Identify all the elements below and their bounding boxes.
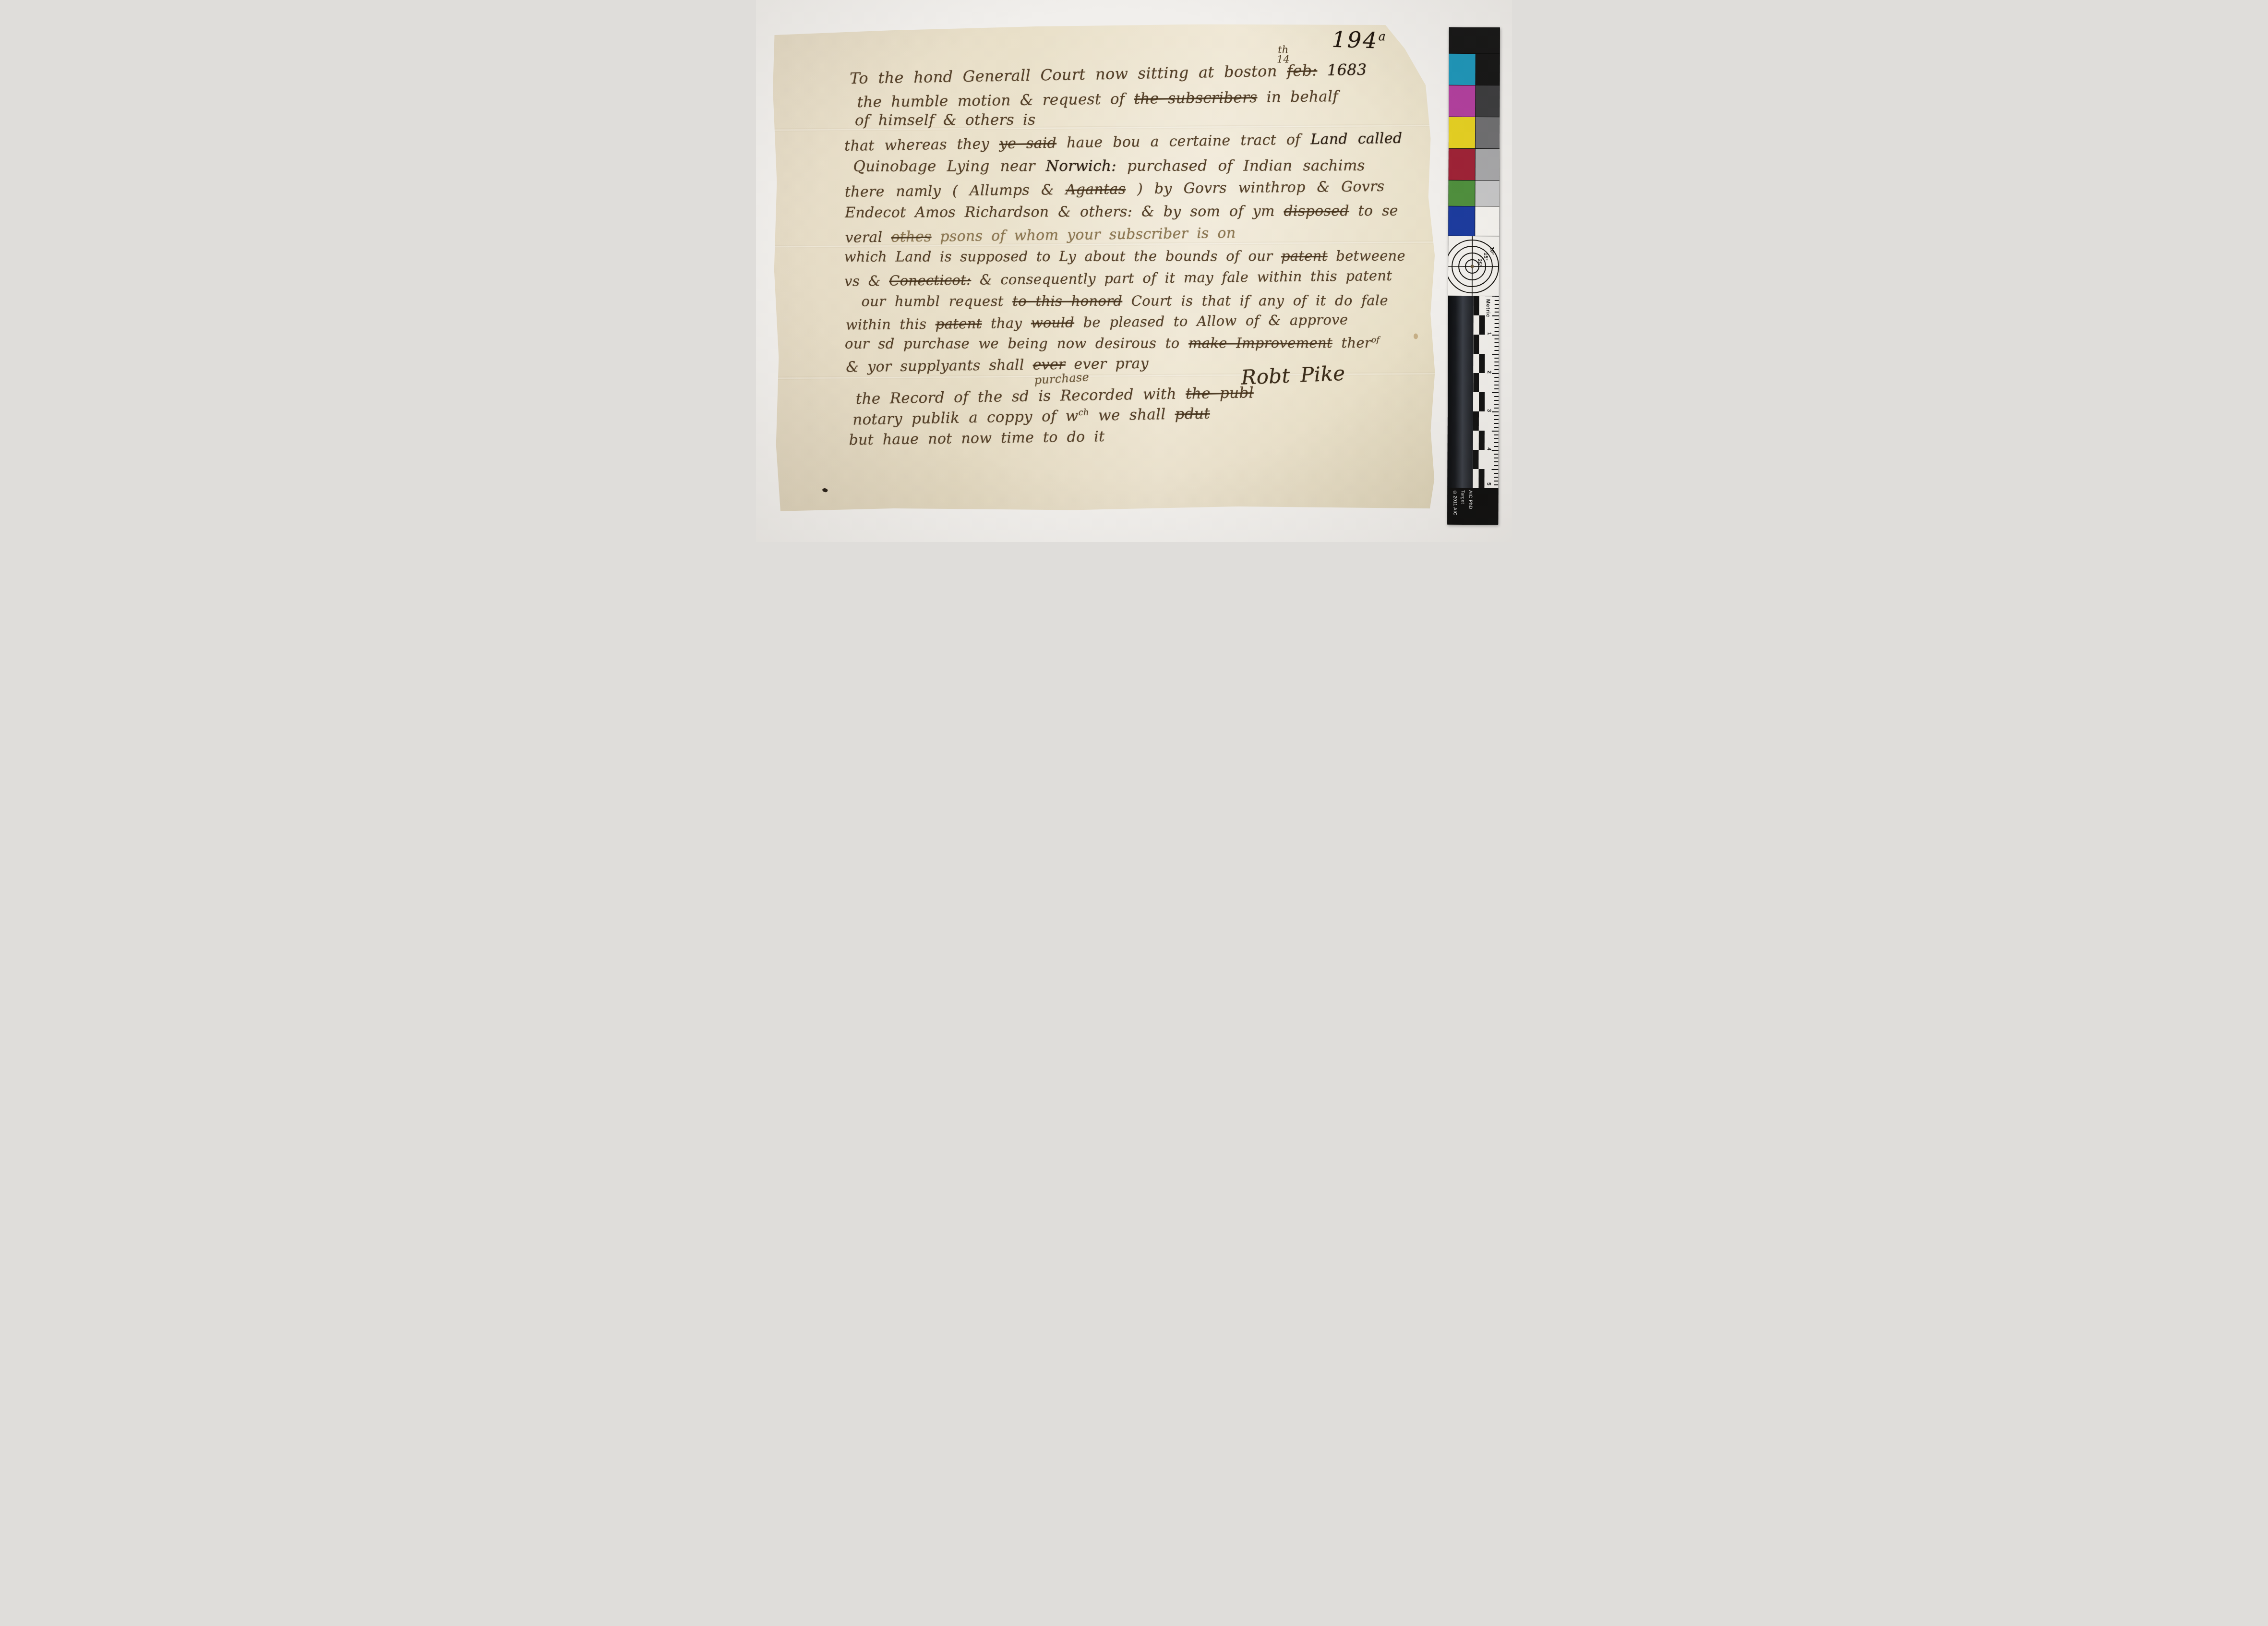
superscript-text: ch [1079, 408, 1090, 418]
folio-suffix: a [1378, 29, 1387, 43]
paper-stain [1414, 333, 1418, 339]
manuscript-line: which Land is supposed to Ly about the b… [844, 248, 1405, 265]
manuscript-line: within this patent thay would be pleased… [845, 312, 1348, 333]
target-footer: AIC PhD Target ©2011 AIC [1447, 488, 1498, 524]
signature-text: Robt Pike [1241, 361, 1346, 389]
bullseye-label-15: 15° [1483, 253, 1488, 261]
swatch-gray-80 [1476, 85, 1500, 117]
target-product-name: AIC PhD Target [1458, 490, 1474, 522]
manuscript-line: of himself & others is [855, 111, 1036, 129]
swatch-row [1448, 206, 1499, 236]
text-segment: we shall [1089, 406, 1175, 424]
text-segment: our humbl request [861, 293, 1012, 310]
manuscript-line: but haue not now time to do it [849, 428, 1104, 448]
manuscript-line: vs & Conecticot: & consequently part of … [844, 267, 1392, 289]
struck-text: the subscribers [1134, 89, 1258, 108]
swatch-row [1449, 181, 1500, 206]
text-segment: purchase [1034, 370, 1090, 387]
manuscript-line: our humbl request to this honord Court i… [861, 292, 1388, 309]
manuscript-line: the humble motion & request of the subsc… [857, 88, 1339, 111]
target-copyright: ©2011 AIC [1451, 490, 1458, 522]
manuscript-line: notary publik a coppy of wch we shall pd… [852, 405, 1210, 429]
struck-text: would [1031, 314, 1074, 331]
ruler-number-4: 4 [1486, 446, 1492, 452]
ruler-number-5: 5 [1486, 481, 1491, 487]
metric-ruler: Metric 1 2 3 4 5 [1447, 296, 1499, 488]
swatch-gray-40 [1475, 149, 1500, 180]
text-segment: that whereas they [844, 135, 999, 155]
text-segment: of himself & others is [855, 111, 1036, 129]
text-segment: in behalf [1257, 88, 1338, 106]
text-segment: ther [1332, 335, 1371, 351]
text-segment: which Land is supposed to Ly about the b… [844, 248, 1281, 265]
struck-text: to this honord [1012, 292, 1122, 309]
text-segment: our sd purchase we being now desirous to [845, 335, 1188, 352]
text-segment: vs & [844, 273, 889, 289]
swatch-black [1449, 27, 1500, 53]
text-segment: Court is that if any of it do fale [1122, 292, 1388, 309]
ruler-gloss-patch [1447, 296, 1473, 488]
interline-insertion: purchase [1034, 370, 1090, 387]
signature: Robt Pike [1241, 361, 1346, 389]
ruler-unit-label: Metric [1485, 299, 1491, 317]
document-photo: 194a th 14 To the hond Generall Court no… [756, 0, 1512, 542]
swatch-black [1476, 54, 1500, 85]
swatch-gray-60 [1476, 117, 1500, 148]
text-segment: ever pray [1065, 355, 1149, 373]
manuscript-line: the Record of the sd is Recorded with th… [856, 385, 1254, 408]
struck-text: the publ [1186, 385, 1254, 403]
text-segment: Land called [1310, 130, 1402, 148]
text-segment: notary publik a coppy of w [852, 407, 1079, 428]
struck-text: disposed [1284, 203, 1349, 219]
bullseye-rings: 10° 15° 25° [1448, 236, 1499, 296]
swatch-row [1449, 149, 1500, 181]
struck-text: pdut [1175, 405, 1211, 423]
text-segment: but haue not now time to do it [849, 428, 1104, 448]
text-segment: veral [845, 229, 891, 246]
text-segment: Norwich: [1045, 157, 1116, 175]
text-segment: within this [845, 316, 935, 333]
manuscript-page: 194a th 14 To the hond Generall Court no… [771, 22, 1438, 513]
manuscript-line: Endecot Amos Richardson & others: & by s… [845, 203, 1398, 221]
bullseye-label-10: 10° [1489, 247, 1495, 255]
struck-text: make Improvement [1188, 335, 1332, 351]
manuscript-line: our sd purchase we being now desirous to… [845, 335, 1380, 352]
swatch-green [1449, 181, 1476, 206]
manuscript-line: To the hond Generall Court now sitting a… [850, 60, 1367, 88]
ink-spot [822, 487, 828, 493]
struck-text: ye said [999, 135, 1056, 153]
text-segment: Endecot Amos Richardson & others: & by s… [845, 203, 1284, 221]
ruler-number-2: 2 [1486, 369, 1492, 375]
bullseye-label-25: 25° [1476, 259, 1482, 267]
swatch-row [1449, 85, 1500, 117]
swatch-dark-red [1449, 149, 1476, 180]
manuscript-line: veral othes psons of whom your subscribe… [845, 225, 1236, 246]
swatch-row [1449, 54, 1500, 85]
bullseye-target: 10° 15° 25° [1448, 236, 1499, 296]
superscript-text: of [1371, 335, 1380, 344]
text-segment: the Record of the sd is Recorded with [856, 385, 1186, 408]
swatch-yellow [1449, 117, 1476, 148]
manuscript-line: there namly ( Allumps & Agantas ) by Gov… [844, 178, 1384, 200]
text-segment: there namly ( Allumps & [844, 181, 1065, 200]
struck-text: othes [891, 229, 932, 246]
swatch-cyan [1449, 54, 1476, 85]
text-segment: to se [1349, 203, 1398, 219]
folio-digits: 194 [1332, 26, 1379, 54]
swatch-magenta [1449, 85, 1476, 117]
text-segment: the humble motion & request of [857, 90, 1135, 111]
text-segment: thay [982, 315, 1031, 332]
struck-text: feb: [1287, 61, 1318, 80]
text-segment: betweene [1328, 248, 1405, 264]
ruler-scale: Metric 1 2 3 4 5 [1473, 296, 1499, 488]
folio-number: 194a [1332, 26, 1387, 54]
struck-text: Conecticot: [889, 272, 971, 289]
text-segment: purchased of Indian sachims [1116, 157, 1365, 175]
ruler-mm-ticks [1494, 296, 1499, 488]
text-segment: & yor supplyants shall [846, 356, 1033, 375]
calibration-target: 10° 15° 25° Metric 1 2 3 4 5 [1447, 27, 1500, 525]
manuscript-line: & yor supplyants shall ever ever pray [846, 355, 1149, 375]
swatch-white [1475, 206, 1500, 236]
swatch-blue [1448, 206, 1475, 236]
text-segment: & consequently part of it may fale withi… [971, 267, 1392, 288]
manuscript-line: Quinobage Lying near Norwich: purchased … [853, 157, 1365, 175]
ruler-number-1: 1 [1487, 330, 1492, 337]
ruler-checker-column [1478, 296, 1485, 488]
manuscript-line: that whereas they ye said haue bou a cer… [844, 130, 1403, 155]
swatch-row [1449, 27, 1500, 54]
swatch-gray-20 [1475, 181, 1500, 206]
text-segment: haue bou a certaine tract of [1056, 131, 1311, 151]
text-segment: ) by Govrs winthrop & Govrs [1126, 178, 1385, 197]
text-segment: 1683 [1317, 60, 1367, 80]
swatch-row [1449, 117, 1500, 149]
struck-text: Agantas [1065, 181, 1126, 198]
struck-text: patent [935, 315, 982, 332]
text-segment: Quinobage Lying near [853, 157, 1045, 175]
text-segment: psons of whom your subscriber is on [931, 225, 1236, 245]
struck-text: patent [1281, 248, 1328, 264]
text-segment: be pleased to Allow of & approve [1074, 312, 1348, 331]
text-segment: To the hond Generall Court now sitting a… [850, 62, 1287, 88]
ruler-number-3: 3 [1486, 407, 1492, 414]
struck-text: ever [1032, 356, 1065, 373]
target-footer-text: AIC PhD Target ©2011 AIC [1451, 490, 1474, 522]
